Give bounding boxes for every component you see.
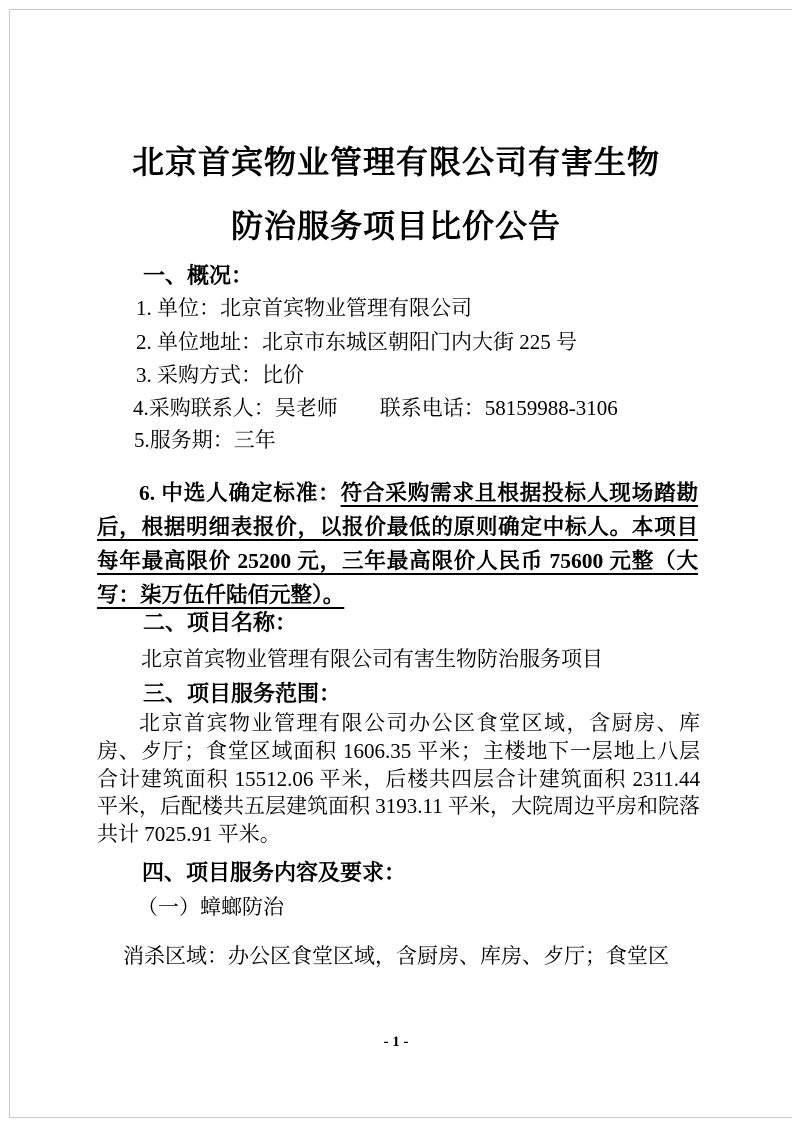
page-number: - 1 -: [0, 1032, 792, 1052]
section-heading-content: 四、项目服务内容及要求：: [142, 858, 406, 888]
overview-item-unit: 1. 单位：北京首宾物业管理有限公司: [136, 292, 472, 325]
document-title-line2: 防治服务项目比价公告: [0, 204, 792, 248]
scope-paragraph: 北京首宾物业管理有限公司办公区食堂区域，含厨房、库房、歺厅；食堂区域面积 160…: [97, 710, 700, 849]
overview-item-contact: 4.采购联系人：吴老师 联系电话：58159988-3106: [133, 392, 618, 425]
document-title-line1: 北京首宾物业管理有限公司有害生物: [0, 140, 792, 184]
overview-item-method: 3. 采购方式：比价: [136, 359, 304, 392]
criteria-label: 6. 中选人确定标准：: [139, 481, 341, 505]
subsection-cockroach-control: （一）蟑螂防治: [137, 891, 284, 924]
criteria-paragraph: 6. 中选人确定标准：符合采购需求且根据投标人现场踏勘后，根据明细表报价，以报价…: [97, 476, 698, 612]
section-heading-project-name: 二、项目名称：: [143, 608, 297, 638]
overview-item-address: 2. 单位地址：北京市东城区朝阳门内大街 225 号: [136, 326, 577, 359]
killing-area-line: 消杀区域：办公区食堂区域，含厨房、库房、歺厅；食堂区: [123, 940, 669, 973]
section-heading-scope: 三、项目服务范围：: [143, 679, 341, 709]
section-heading-overview: 一、概况：: [143, 261, 253, 291]
overview-item-service-period: 5.服务期：三年: [134, 424, 276, 457]
project-name-value: 北京首宾物业管理有限公司有害生物防治服务项目: [141, 643, 603, 676]
document-page: 北京首宾物业管理有限公司有害生物 防治服务项目比价公告 一、概况： 1. 单位：…: [0, 0, 792, 1122]
